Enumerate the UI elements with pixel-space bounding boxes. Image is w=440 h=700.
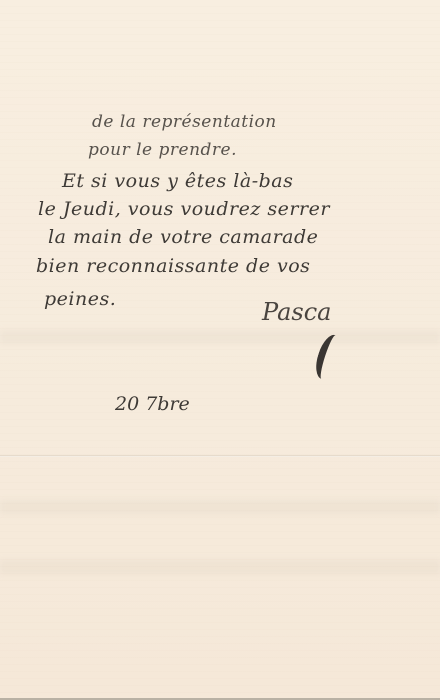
letter-line-7: peines. (44, 288, 116, 310)
paper-fold-line (0, 455, 440, 457)
ink-bleed-through (0, 560, 440, 574)
letter-line-2: pour le prendre. (88, 140, 237, 160)
letter-line-5: la main de votre camarade (48, 226, 318, 248)
signature: Pasca (262, 298, 331, 326)
ink-bleed-through (0, 500, 440, 514)
letter-line-1: de la représentation (92, 112, 277, 132)
letter-page: de la représentation pour le prendre. Et… (0, 0, 440, 700)
letter-date: 20 7bre (115, 393, 190, 415)
ink-bleed-through (0, 330, 440, 344)
letter-line-3: Et si vous y êtes là-bas (62, 170, 293, 192)
letter-line-4: le Jeudi, vous voudrez serrer (38, 198, 330, 220)
letter-line-6: bien reconnaissante de vos (36, 255, 310, 277)
